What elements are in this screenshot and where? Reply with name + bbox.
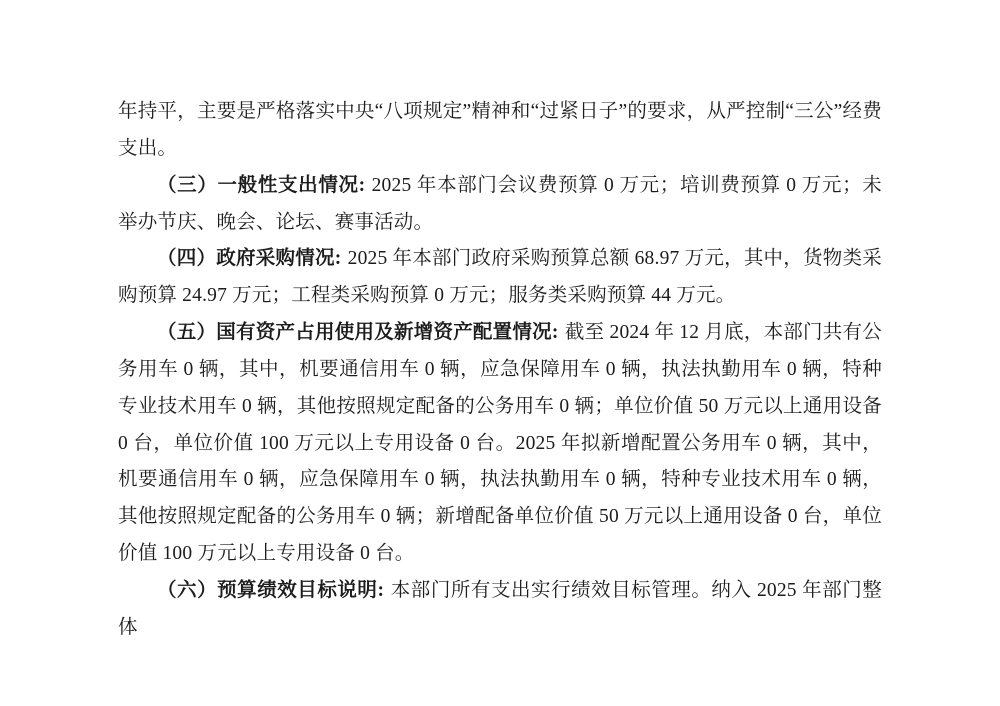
paragraph-section-state-assets: （五）国有资产占用使用及新增资产配置情况:截至 2024 年 12 月底，本部门… <box>118 315 882 573</box>
paragraph-section-government-procurement: （四）政府采购情况:2025 年本部门政府采购预算总额 68.97 万元，其中，… <box>118 241 882 315</box>
paragraph-section-general-expenditure: （三）一般性支出情况:2025 年本部门会议费预算 0 万元；培训费预算 0 万… <box>118 168 882 242</box>
section-heading: （六）预算绩效目标说明: <box>157 580 384 601</box>
document-page: 年持平，主要是严格落实中央“八项规定”精神和“过紧日子”的要求，从严控制“三公”… <box>0 0 1000 706</box>
section-heading: （四）政府采购情况: <box>157 248 341 269</box>
paragraph-section-performance-targets: （六）预算绩效目标说明:本部门所有支出实行绩效目标管理。纳入 2025 年部门整… <box>118 573 882 647</box>
section-heading: （五）国有资产占用使用及新增资产配置情况: <box>157 322 559 343</box>
section-heading: （三）一般性支出情况: <box>157 175 365 196</box>
paragraph-carryover: 年持平，主要是严格落实中央“八项规定”精神和“过紧日子”的要求，从严控制“三公”… <box>118 94 882 168</box>
paragraph-text: 截至 2024 年 12 月底，本部门共有公务用车 0 辆，其中，机要通信用车 … <box>118 322 882 564</box>
paragraph-text: 年持平，主要是严格落实中央“八项规定”精神和“过紧日子”的要求，从严控制“三公”… <box>118 101 882 159</box>
